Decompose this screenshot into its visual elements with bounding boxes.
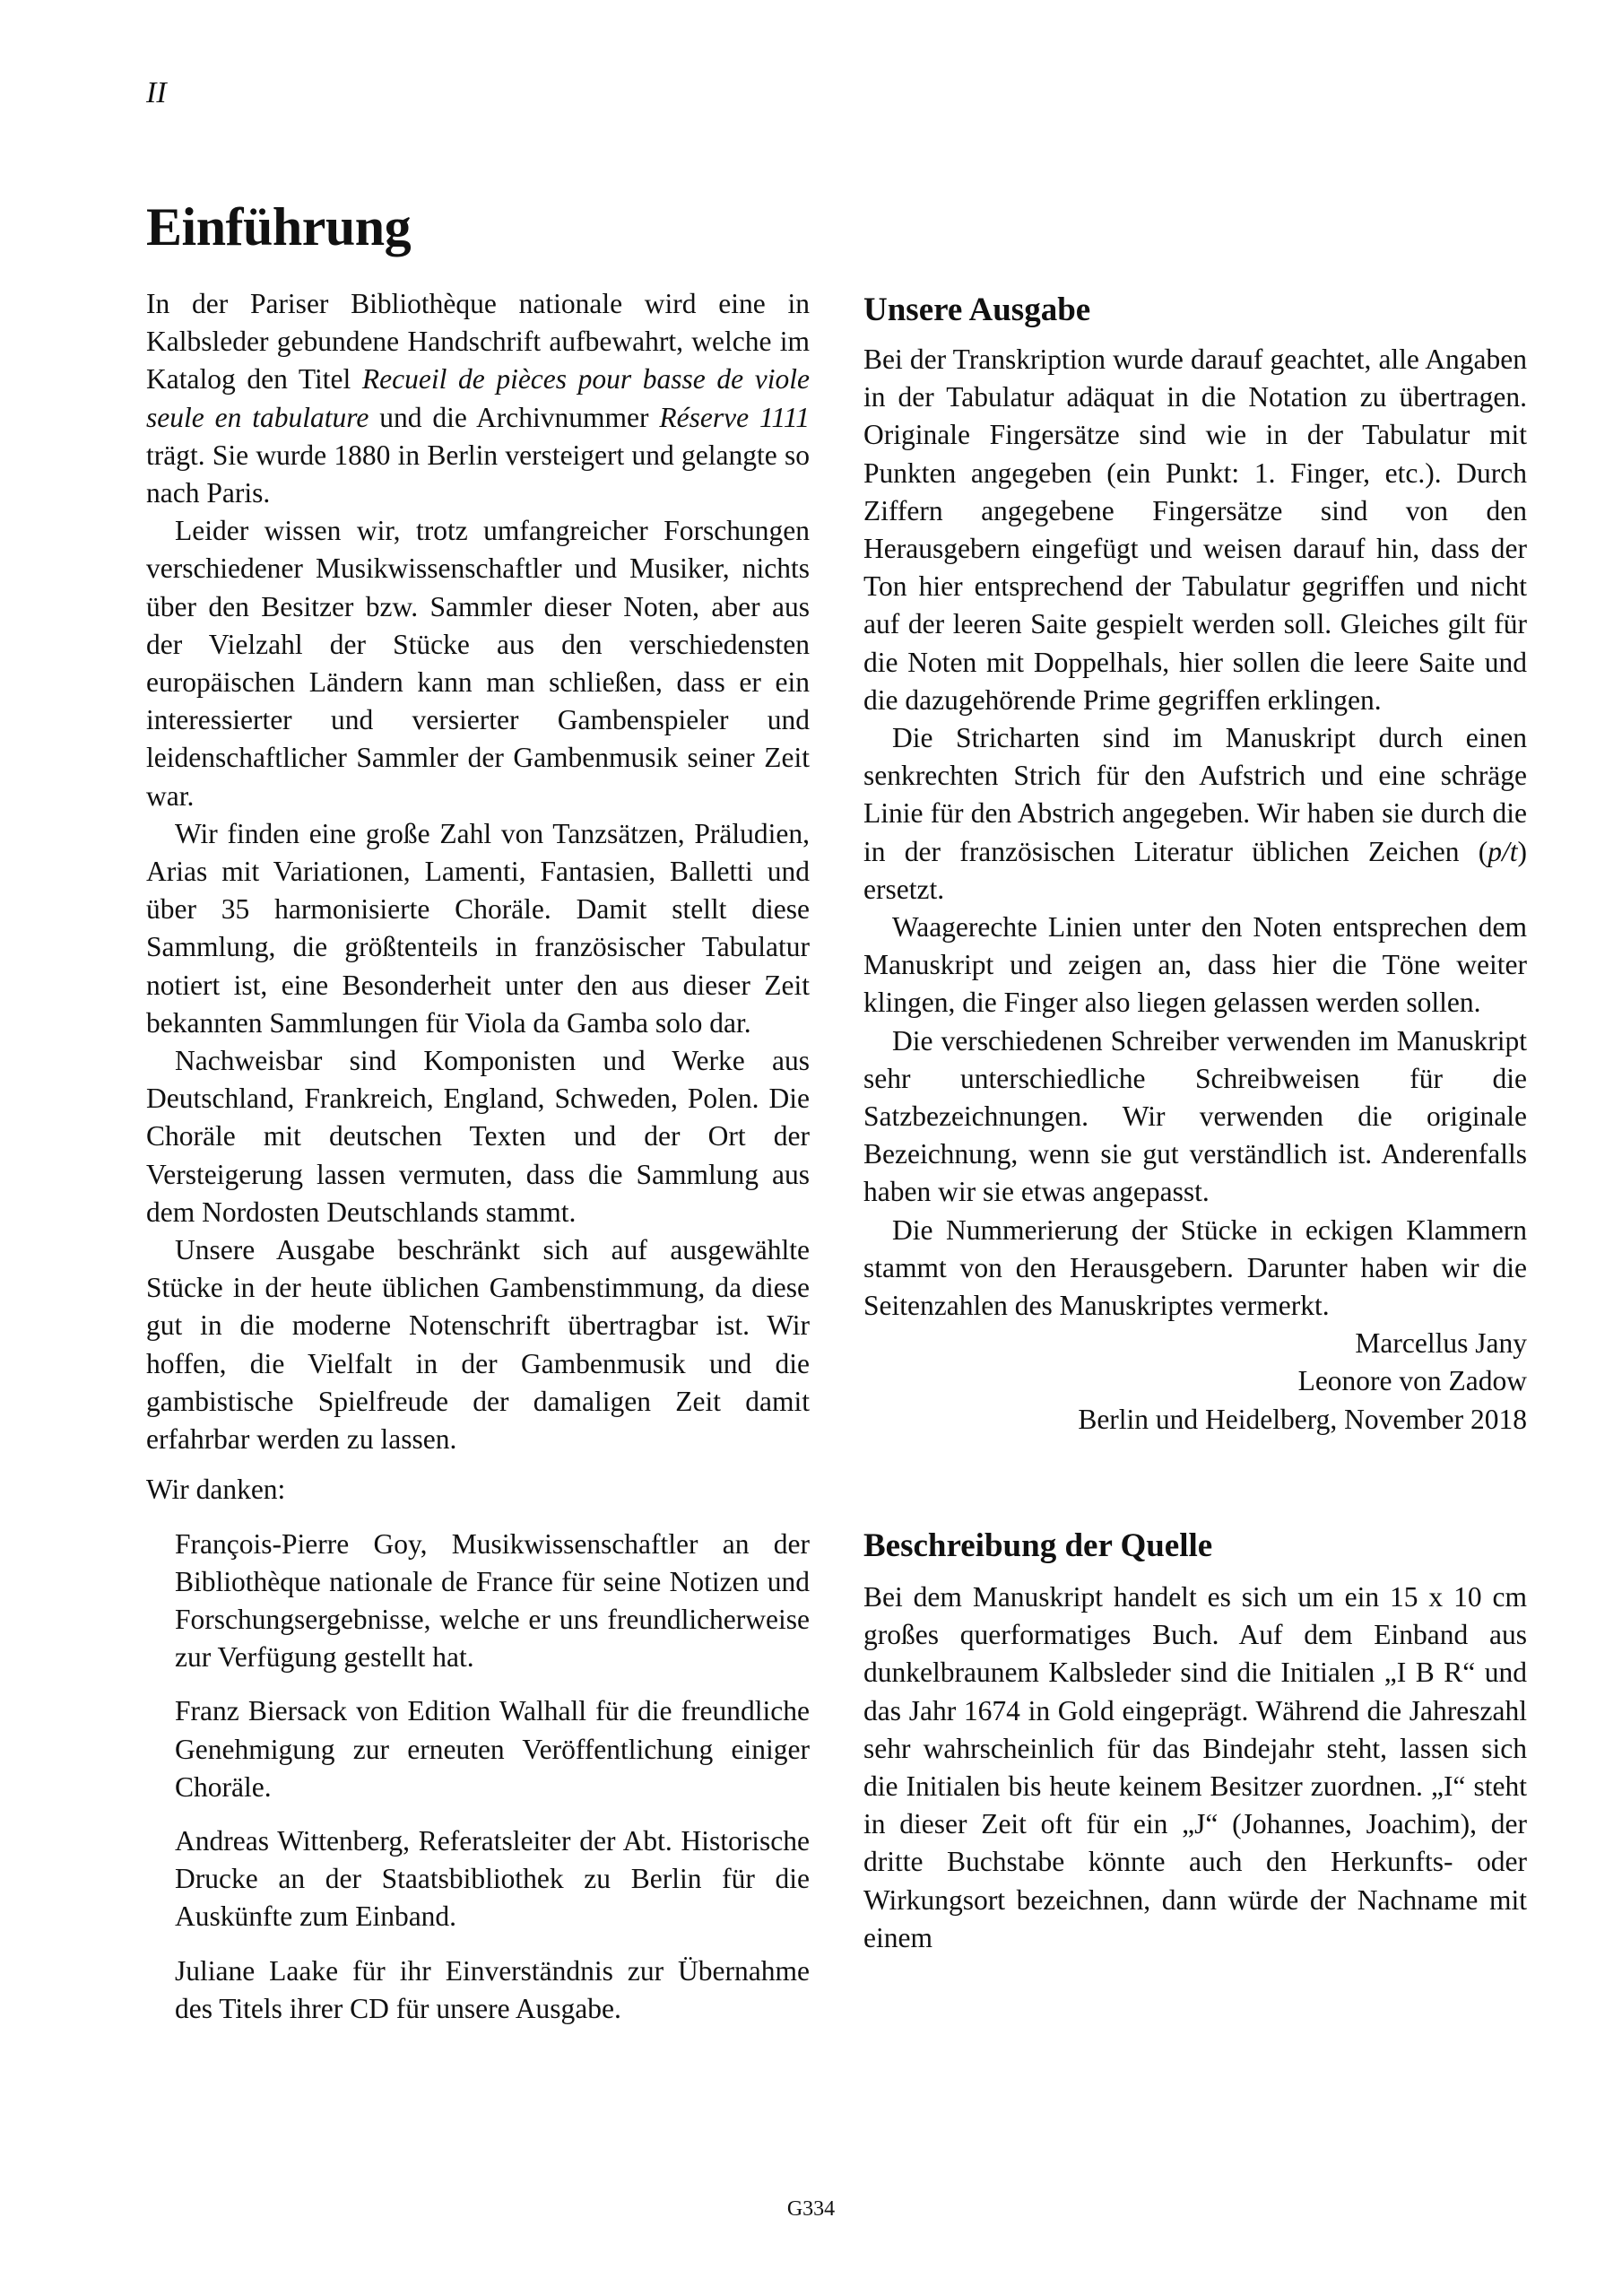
thanks-item: Andreas Wittenberg, Referatsleiter der A… — [175, 1822, 810, 1936]
left-column: In der Pariser Bibliothèque nationale wi… — [146, 285, 810, 2044]
section-heading-beschreibung-der-quelle: Beschreibung der Quelle — [863, 1526, 1527, 1566]
body-paragraph: Die verschiedenen Schreiber verwenden im… — [863, 1022, 1527, 1212]
thanks-item: Juliane Laake für ihr Einverständnis zur… — [175, 1952, 810, 2028]
right-column: Unsere Ausgabe Bei der Transkription wur… — [863, 285, 1527, 1957]
bowing-signs: p/t — [1488, 836, 1517, 867]
signature-place-date: Berlin und Heidelberg, November 2018 — [863, 1401, 1527, 1439]
archive-number: Réserve 1111 — [659, 402, 810, 433]
body-paragraph: Waagerechte Linien unter den Noten entsp… — [863, 909, 1527, 1022]
body-paragraph: Bei der Transkription wurde darauf geach… — [863, 341, 1527, 719]
page-number: G334 — [0, 2196, 1622, 2222]
chapter-title: Einführung — [146, 196, 411, 258]
body-paragraph: Bei dem Manuskript handelt es sich um ei… — [863, 1578, 1527, 1957]
running-head: II — [146, 75, 167, 111]
thanks-item: François-Pierre Goy, Musikwissenschaftle… — [175, 1526, 810, 1677]
body-paragraph: Wir finden eine große Zahl von Tanzsätze… — [146, 815, 810, 1042]
body-paragraph: Die Stricharten sind im Manuskript durch… — [863, 719, 1527, 909]
signature-block: Marcellus Jany Leonore von Zadow Berlin … — [863, 1325, 1527, 1439]
signature-name: Marcellus Jany — [863, 1325, 1527, 1362]
thanks-item: Franz Biersack von Edition Walhall für d… — [175, 1692, 810, 1806]
body-paragraph: Die Nummerierung der Stücke in eckigen K… — [863, 1212, 1527, 1326]
body-paragraph: Nachweisbar sind Komponisten und Werke a… — [146, 1042, 810, 1231]
body-paragraph: Unsere Ausgabe beschränkt sich auf ausge… — [146, 1231, 810, 1458]
signature-name: Leonore von Zadow — [863, 1362, 1527, 1400]
body-paragraph: Leider wissen wir, trotz umfangreicher F… — [146, 512, 810, 815]
intro-paragraph: In der Pariser Bibliothèque nationale wi… — [146, 285, 810, 512]
thanks-list: François-Pierre Goy, Musikwissenschaftle… — [146, 1526, 810, 2028]
section-heading-unsere-ausgabe: Unsere Ausgabe — [863, 291, 1527, 330]
thanks-intro: Wir danken: — [146, 1471, 810, 1509]
